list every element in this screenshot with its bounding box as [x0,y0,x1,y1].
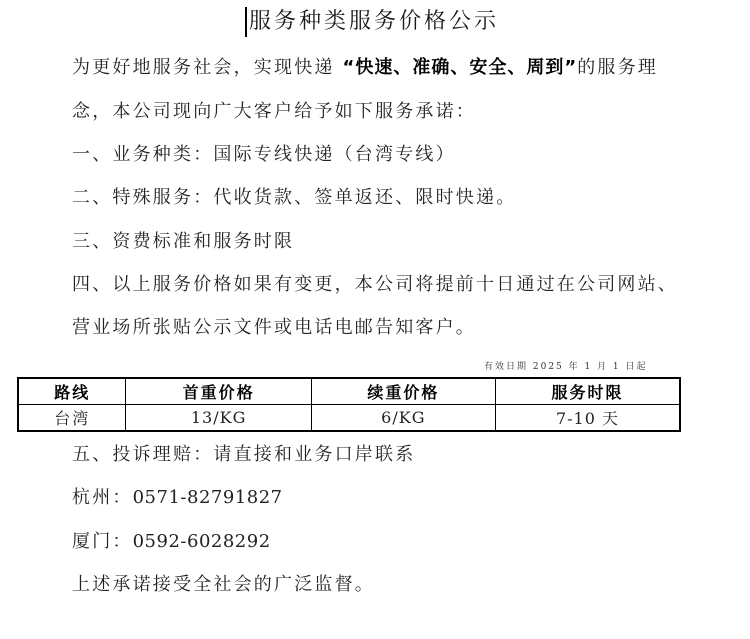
text-cursor [245,7,247,37]
effective-date-note: 有效日期 2025 年 1 月 1 日起 [484,359,648,372]
header-service-time: 服务时限 [495,378,680,405]
table-row: 台湾 13/KG 6/KG 7-10 天 [18,405,680,432]
intro-suffix: 的服务理 [577,57,658,78]
header-route: 路线 [18,378,126,405]
cell-service-time: 7-10 天 [495,405,680,432]
item-1-service-type: 一、业务种类：国际专线快递（台湾专线） [72,143,456,167]
cell-additional-weight-price: 6/KG [311,405,495,432]
page-title: 服务种类服务价格公示 [249,6,499,38]
intro-prefix: 为更好地服务社会，实现快递 [72,57,343,78]
item-3-rates-heading: 三、资费标准和服务时限 [72,230,294,254]
cell-first-weight-price: 13/KG [126,405,311,432]
header-additional-weight-price: 续重价格 [311,378,495,405]
rate-table-header-row: 路线 首重价格 续重价格 服务时限 [18,378,680,405]
header-first-weight-price: 首重价格 [126,378,311,405]
intro-line-2: 念，本公司现向广大客户给予如下服务承诺： [72,100,476,124]
contact-xiamen-phone: 0592-6028292 [133,531,271,552]
contact-xiamen-label: 厦门： [72,531,133,552]
item-4-line-2: 营业场所张贴公示文件或电话电邮告知客户。 [72,316,476,340]
closing-statement: 上述承诺接受全社会的广泛监督。 [72,573,375,597]
intro-line-1: 为更好地服务社会，实现快递 “快速、准确、安全、周到”的服务理 [72,56,658,80]
item-2-special-services: 二、特殊服务：代收货款、签单返还、限时快递。 [72,186,516,210]
intro-bold-slogan: “快速、准确、安全、周到” [343,57,578,78]
cell-route: 台湾 [18,405,126,432]
contact-hangzhou-phone: 0571-82791827 [133,487,283,508]
contact-hangzhou-label: 杭州： [72,487,133,508]
item-5-complaints: 五、投诉理赔：请直接和业务口岸联系 [72,443,415,467]
rate-table: 路线 首重价格 续重价格 服务时限 台湾 13/KG 6/KG 7-10 天 [17,377,681,432]
contact-xiamen: 厦门：0592-6028292 [72,530,271,554]
item-4-line-1: 四、以上服务价格如果有变更，本公司将提前十日通过在公司网站、 [72,273,678,297]
contact-hangzhou: 杭州：0571-82791827 [72,486,283,510]
